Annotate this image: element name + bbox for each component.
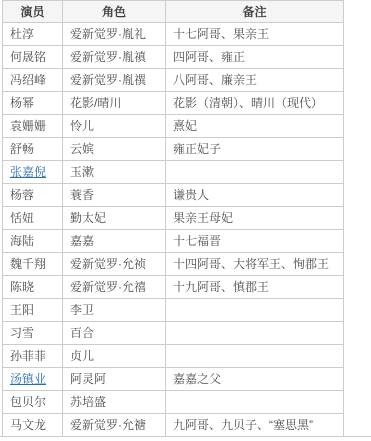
table-row: 包贝尔苏培盛 [3, 391, 344, 414]
column-header-actor: 演员 [3, 1, 63, 23]
table-row: 王阳李卫 [3, 299, 344, 322]
actor-cell: 包贝尔 [3, 391, 63, 414]
note-cell: 十七福晋 [166, 230, 344, 253]
role-cell: 蓑香 [63, 184, 166, 207]
table-row: 海陆嘉嘉十七福晋 [3, 230, 344, 253]
table-row: 马文龙爱新觉罗·允禟九阿哥、九贝子、“塞思黑” [3, 414, 344, 437]
cast-table-body: 杜淳爱新觉罗·胤礼十七阿哥、果亲王何晟铭爱新觉罗·胤禛四阿哥、雍正冯绍峰爱新觉罗… [3, 23, 344, 437]
note-cell: 十七阿哥、果亲王 [166, 23, 344, 46]
note-cell: 八阿哥、廉亲王 [166, 69, 344, 92]
actor-name: 袁姗姗 [10, 119, 46, 133]
cast-table-page: 演员 角色 备注 杜淳爱新觉罗·胤礼十七阿哥、果亲王何晟铭爱新觉罗·胤禛四阿哥、… [0, 0, 371, 441]
actor-name: 习雪 [10, 326, 34, 340]
actor-name: 孙菲菲 [10, 349, 46, 363]
actor-cell: 杨蓉 [3, 184, 63, 207]
actor-cell: 陈晓 [3, 276, 63, 299]
column-header-role: 角色 [63, 1, 166, 23]
role-cell: 阿灵阿 [63, 368, 166, 391]
note-cell [166, 299, 344, 322]
note-cell [166, 161, 344, 184]
actor-cell: 海陆 [3, 230, 63, 253]
role-cell: 花影/晴川 [63, 92, 166, 115]
role-cell: 爱新觉罗·胤礼 [63, 23, 166, 46]
actor-link[interactable]: 汤镇业 [10, 372, 46, 386]
actor-cell: 孙菲菲 [3, 345, 63, 368]
actor-name: 恬妞 [10, 211, 34, 225]
actor-cell: 马文龙 [3, 414, 63, 437]
cast-table: 演员 角色 备注 杜淳爱新觉罗·胤礼十七阿哥、果亲王何晟铭爱新觉罗·胤禛四阿哥、… [2, 0, 344, 437]
table-row: 杜淳爱新觉罗·胤礼十七阿哥、果亲王 [3, 23, 344, 46]
actor-cell: 冯绍峰 [3, 69, 63, 92]
actor-link[interactable]: 张嘉倪 [10, 165, 46, 179]
role-cell: 百合 [63, 322, 166, 345]
table-row: 陈晓爱新觉罗·允禧十九阿哥、慎郡王 [3, 276, 344, 299]
actor-cell: 何晟铭 [3, 46, 63, 69]
table-row: 舒畅云嫔雍正妃子 [3, 138, 344, 161]
column-header-note: 备注 [166, 1, 344, 23]
actor-name: 何晟铭 [10, 50, 46, 64]
header-row: 演员 角色 备注 [3, 1, 344, 23]
actor-name: 魏千翔 [10, 257, 46, 271]
actor-name: 杨幂 [10, 96, 34, 110]
note-cell: 花影（清朝）、晴川（现代） [166, 92, 344, 115]
note-cell: 十四阿哥、大将军王、恂郡王 [166, 253, 344, 276]
actor-name: 陈晓 [10, 280, 34, 294]
actor-name: 王阳 [10, 303, 34, 317]
actor-cell: 汤镇业 [3, 368, 63, 391]
note-cell [166, 322, 344, 345]
actor-cell: 魏千翔 [3, 253, 63, 276]
actor-name: 舒畅 [10, 142, 34, 156]
table-row: 孙菲菲贞儿 [3, 345, 344, 368]
actor-name: 海陆 [10, 234, 34, 248]
role-cell: 爱新觉罗·允禧 [63, 276, 166, 299]
actor-name: 杜淳 [10, 27, 34, 41]
note-cell: 嘉嘉之父 [166, 368, 344, 391]
role-cell: 玉漱 [63, 161, 166, 184]
actor-name: 包贝尔 [10, 395, 46, 409]
role-cell: 勤太妃 [63, 207, 166, 230]
table-row: 习雪百合 [3, 322, 344, 345]
actor-cell: 恬妞 [3, 207, 63, 230]
actor-name: 冯绍峰 [10, 73, 46, 87]
table-row: 张嘉倪玉漱 [3, 161, 344, 184]
table-row: 冯绍峰爱新觉罗·胤禩八阿哥、廉亲王 [3, 69, 344, 92]
note-cell: 谦贵人 [166, 184, 344, 207]
table-row: 袁姗姗怜儿熹妃 [3, 115, 344, 138]
note-cell [166, 345, 344, 368]
table-row: 何晟铭爱新觉罗·胤禛四阿哥、雍正 [3, 46, 344, 69]
actor-cell: 杨幂 [3, 92, 63, 115]
note-cell [166, 391, 344, 414]
role-cell: 爱新觉罗·允禟 [63, 414, 166, 437]
table-row: 杨蓉蓑香谦贵人 [3, 184, 344, 207]
actor-cell: 舒畅 [3, 138, 63, 161]
role-cell: 云嫔 [63, 138, 166, 161]
actor-cell: 习雪 [3, 322, 63, 345]
note-cell: 十九阿哥、慎郡王 [166, 276, 344, 299]
role-cell: 爱新觉罗·胤禩 [63, 69, 166, 92]
role-cell: 贞儿 [63, 345, 166, 368]
table-row: 杨幂花影/晴川花影（清朝）、晴川（现代） [3, 92, 344, 115]
actor-cell: 袁姗姗 [3, 115, 63, 138]
table-row: 魏千翔爱新觉罗·允祯十四阿哥、大将军王、恂郡王 [3, 253, 344, 276]
note-cell: 四阿哥、雍正 [166, 46, 344, 69]
actor-cell: 杜淳 [3, 23, 63, 46]
note-cell: 果亲王母妃 [166, 207, 344, 230]
note-cell: 熹妃 [166, 115, 344, 138]
role-cell: 苏培盛 [63, 391, 166, 414]
table-row: 汤镇业阿灵阿嘉嘉之父 [3, 368, 344, 391]
actor-cell: 王阳 [3, 299, 63, 322]
note-cell: 九阿哥、九贝子、“塞思黑” [166, 414, 344, 437]
role-cell: 爱新觉罗·允祯 [63, 253, 166, 276]
table-row: 恬妞勤太妃果亲王母妃 [3, 207, 344, 230]
actor-name: 杨蓉 [10, 188, 34, 202]
actor-name: 马文龙 [10, 418, 46, 432]
role-cell: 爱新觉罗·胤禛 [63, 46, 166, 69]
bottom-divider [0, 436, 371, 437]
role-cell: 嘉嘉 [63, 230, 166, 253]
actor-cell: 张嘉倪 [3, 161, 63, 184]
role-cell: 李卫 [63, 299, 166, 322]
role-cell: 怜儿 [63, 115, 166, 138]
note-cell: 雍正妃子 [166, 138, 344, 161]
